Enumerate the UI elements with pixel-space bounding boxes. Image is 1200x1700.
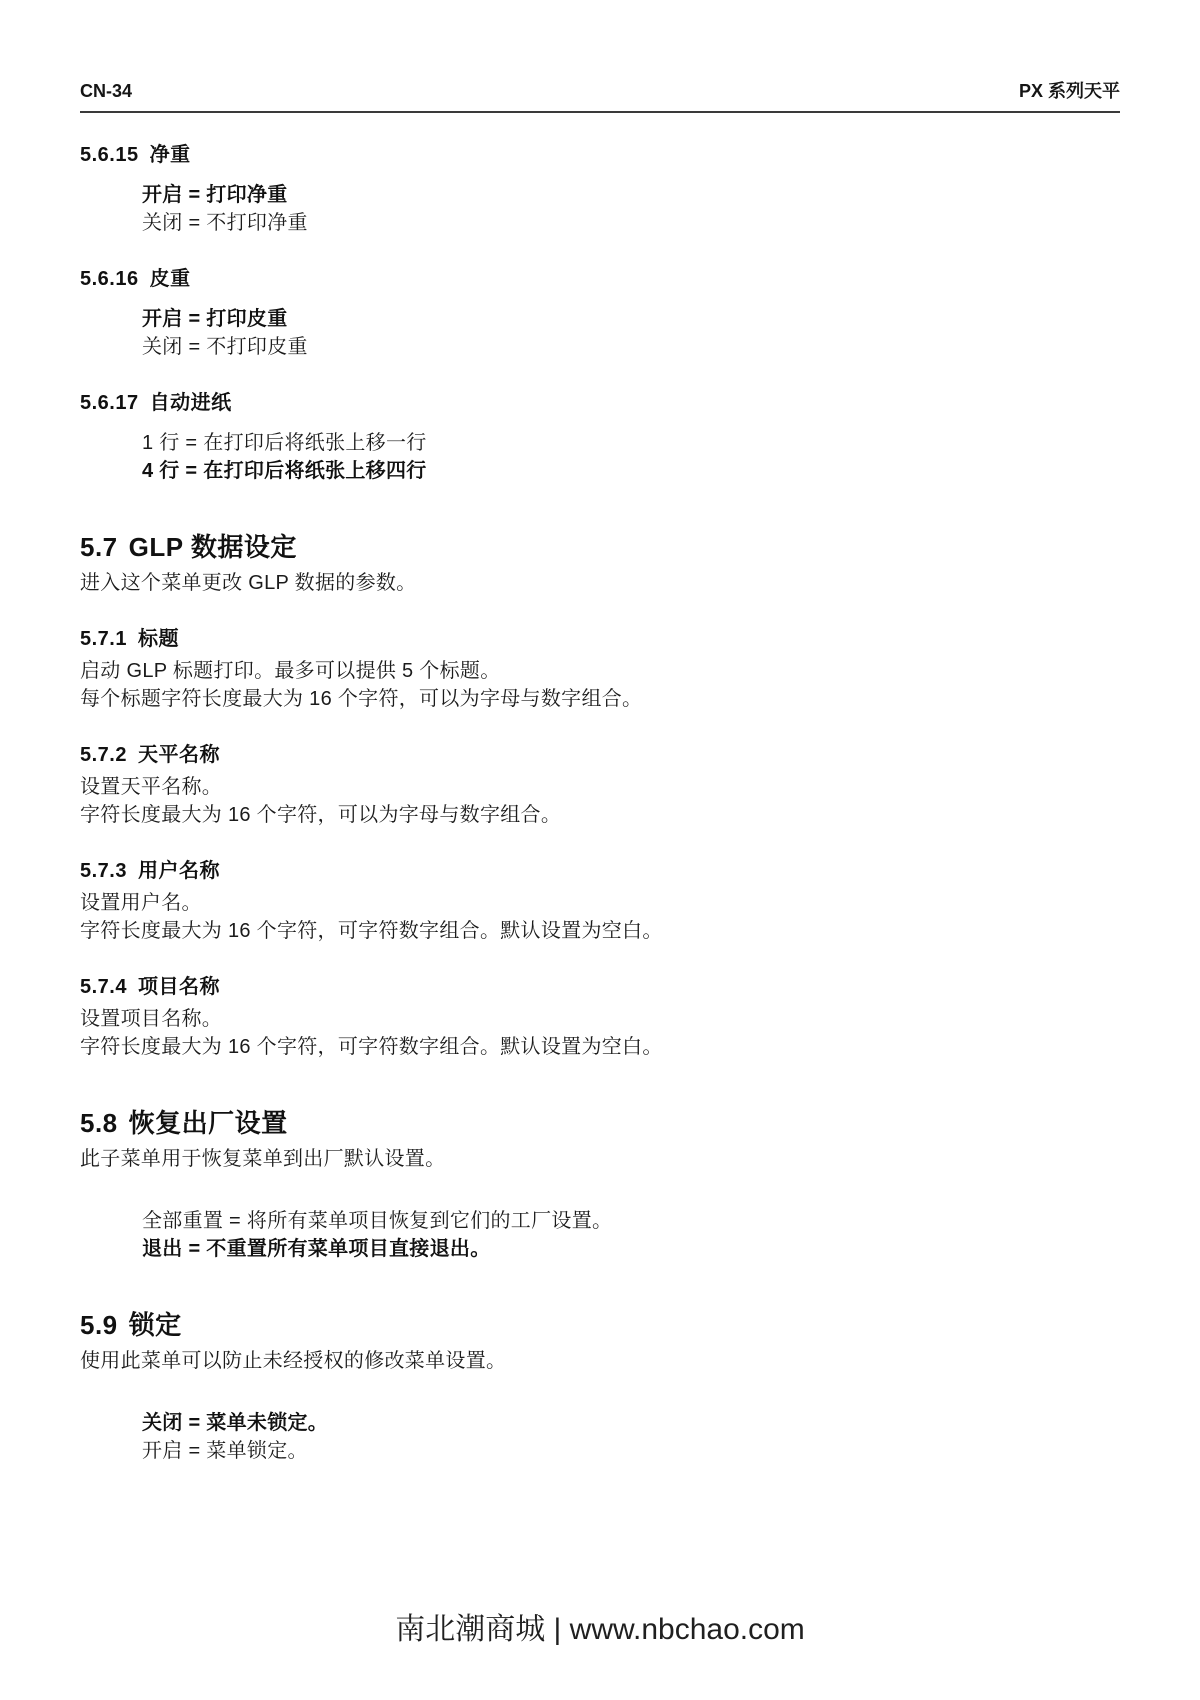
section-title: 净重: [150, 144, 191, 166]
section-5.7: 5.7GLP 数据设定进入这个菜单更改 GLP 数据的参数。: [80, 531, 1120, 597]
text-line: 开启 = 打印皮重: [142, 305, 1120, 333]
section-number: 5.6.16: [80, 268, 139, 290]
section-5.8: 5.8恢复出厂设置此子菜单用于恢复菜单到出厂默认设置。全部重置 = 将所有菜单项…: [80, 1107, 1120, 1263]
section-number: 5.6.15: [80, 144, 139, 166]
section-5.7.2: 5.7.2天平名称设置天平名称。字符长度最大为 16 个字符，可以为字母与数字组…: [80, 743, 1120, 829]
text-line: 关闭 = 不打印净重: [142, 209, 1120, 237]
text-line: 此子菜单用于恢复菜单到出厂默认设置。: [80, 1145, 1120, 1173]
text-line: 每个标题字符长度最大为 16 个字符，可以为字母与数字组合。: [80, 685, 1120, 713]
text-line: 字符长度最大为 16 个字符，可以为字母与数字组合。: [80, 801, 1120, 829]
section-heading: 5.6.16皮重: [80, 267, 1120, 291]
section-title: GLP 数据设定: [129, 532, 297, 562]
text-line: 退出 = 不重置所有菜单项目直接退出。: [142, 1235, 1120, 1263]
text-line: 关闭 = 菜单未锁定。: [142, 1409, 1120, 1437]
section-title: 项目名称: [138, 976, 220, 998]
section-heading: 5.6.17自动进纸: [80, 391, 1120, 415]
section-5.9: 5.9锁定使用此菜单可以防止未经授权的修改菜单设置。关闭 = 菜单未锁定。开启 …: [80, 1309, 1120, 1465]
section-title: 用户名称: [138, 860, 220, 882]
text-line: 进入这个菜单更改 GLP 数据的参数。: [80, 569, 1120, 597]
definition-list: 1 行 = 在打印后将纸张上移一行4 行 = 在打印后将纸张上移四行: [80, 429, 1120, 485]
text-line: 全部重置 = 将所有菜单项目恢复到它们的工厂设置。: [142, 1207, 1120, 1235]
paragraph: 设置项目名称。字符长度最大为 16 个字符，可字符数字组合。默认设置为空白。: [80, 1005, 1120, 1061]
section-5.6.15: 5.6.15净重开启 = 打印净重关闭 = 不打印净重: [80, 143, 1120, 237]
text-line: 开启 = 菜单锁定。: [142, 1437, 1120, 1465]
text-line: 设置天平名称。: [80, 773, 1120, 801]
text-line: 使用此菜单可以防止未经授权的修改菜单设置。: [80, 1347, 1120, 1375]
paragraph: 设置天平名称。字符长度最大为 16 个字符，可以为字母与数字组合。: [80, 773, 1120, 829]
section-heading: 5.9锁定: [80, 1309, 1120, 1341]
document-content: 5.6.15净重开启 = 打印净重关闭 = 不打印净重5.6.16皮重开启 = …: [80, 143, 1120, 1465]
section-5.7.1: 5.7.1标题启动 GLP 标题打印。最多可以提供 5 个标题。每个标题字符长度…: [80, 627, 1120, 713]
section-title: 自动进纸: [150, 392, 232, 414]
section-5.6.17: 5.6.17自动进纸1 行 = 在打印后将纸张上移一行4 行 = 在打印后将纸张…: [80, 391, 1120, 485]
section-heading: 5.6.15净重: [80, 143, 1120, 167]
section-heading: 5.7.3用户名称: [80, 859, 1120, 883]
section-heading: 5.7GLP 数据设定: [80, 531, 1120, 563]
text-line: 启动 GLP 标题打印。最多可以提供 5 个标题。: [80, 657, 1120, 685]
text-line: 字符长度最大为 16 个字符，可字符数字组合。默认设置为空白。: [80, 1033, 1120, 1061]
paragraph: 此子菜单用于恢复菜单到出厂默认设置。: [80, 1145, 1120, 1173]
section-heading: 5.7.2天平名称: [80, 743, 1120, 767]
section-title: 标题: [138, 628, 179, 650]
page-header: CN-34 PX 系列天平: [80, 0, 1120, 101]
text-line: 字符长度最大为 16 个字符，可字符数字组合。默认设置为空白。: [80, 917, 1120, 945]
document-page: CN-34 PX 系列天平 5.6.15净重开启 = 打印净重关闭 = 不打印净…: [0, 0, 1200, 1700]
paragraph: 设置用户名。字符长度最大为 16 个字符，可字符数字组合。默认设置为空白。: [80, 889, 1120, 945]
text-line: 关闭 = 不打印皮重: [142, 333, 1120, 361]
definition-list: 开启 = 打印皮重关闭 = 不打印皮重: [80, 305, 1120, 361]
section-number: 5.7.2: [80, 744, 127, 766]
section-number: 5.8: [80, 1108, 118, 1138]
page-footer: 南北潮商城 | www.nbchao.com: [0, 1613, 1200, 1647]
section-number: 5.7.4: [80, 976, 127, 998]
text-line: 1 行 = 在打印后将纸张上移一行: [142, 429, 1120, 457]
section-5.7.3: 5.7.3用户名称设置用户名。字符长度最大为 16 个字符，可字符数字组合。默认…: [80, 859, 1120, 945]
section-heading: 5.7.4项目名称: [80, 975, 1120, 999]
section-title: 锁定: [129, 1310, 182, 1340]
section-heading: 5.7.1标题: [80, 627, 1120, 651]
definition-list: 开启 = 打印净重关闭 = 不打印净重: [80, 181, 1120, 237]
section-number: 5.7.3: [80, 860, 127, 882]
section-number: 5.9: [80, 1310, 118, 1340]
paragraph: 进入这个菜单更改 GLP 数据的参数。: [80, 569, 1120, 597]
document-title: PX 系列天平: [1019, 81, 1120, 101]
section-title: 天平名称: [138, 744, 220, 766]
section-5.6.16: 5.6.16皮重开启 = 打印皮重关闭 = 不打印皮重: [80, 267, 1120, 361]
text-line: 设置用户名。: [80, 889, 1120, 917]
text-line: 开启 = 打印净重: [142, 181, 1120, 209]
section-number: 5.6.17: [80, 392, 139, 414]
paragraph: 启动 GLP 标题打印。最多可以提供 5 个标题。每个标题字符长度最大为 16 …: [80, 657, 1120, 713]
section-title: 恢复出厂设置: [129, 1108, 288, 1138]
header-rule: [80, 111, 1120, 113]
text-line: 设置项目名称。: [80, 1005, 1120, 1033]
section-number: 5.7.1: [80, 628, 127, 650]
section-5.7.4: 5.7.4项目名称设置项目名称。字符长度最大为 16 个字符，可字符数字组合。默…: [80, 975, 1120, 1061]
definition-list: 全部重置 = 将所有菜单项目恢复到它们的工厂设置。退出 = 不重置所有菜单项目直…: [80, 1207, 1120, 1263]
section-number: 5.7: [80, 532, 118, 562]
paragraph: 使用此菜单可以防止未经授权的修改菜单设置。: [80, 1347, 1120, 1375]
text-line: 4 行 = 在打印后将纸张上移四行: [142, 457, 1120, 485]
page-number: CN-34: [80, 81, 132, 101]
footer-text: 南北潮商城 | www.nbchao.com: [395, 1613, 805, 1646]
section-heading: 5.8恢复出厂设置: [80, 1107, 1120, 1139]
definition-list: 关闭 = 菜单未锁定。开启 = 菜单锁定。: [80, 1409, 1120, 1465]
section-title: 皮重: [150, 268, 191, 290]
